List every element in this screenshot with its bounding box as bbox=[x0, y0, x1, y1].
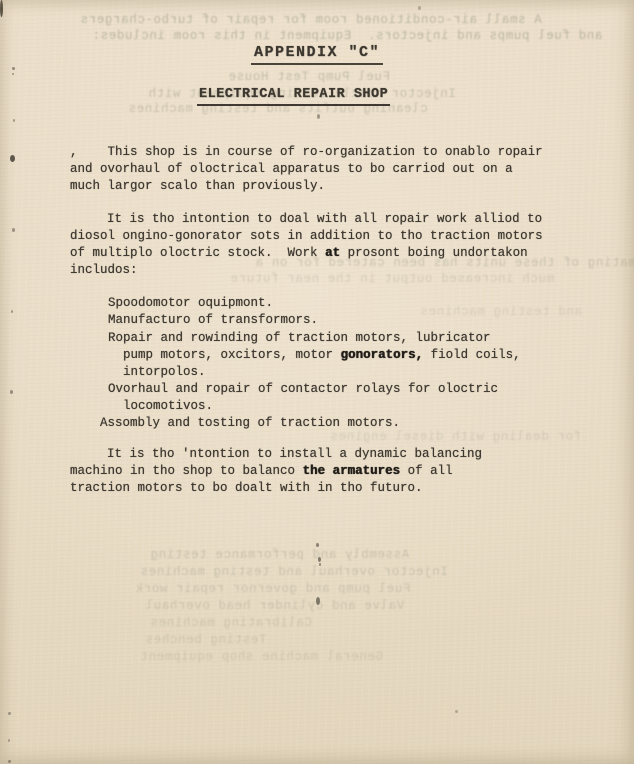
typed-line: intorpolos. bbox=[123, 365, 206, 379]
bleedthrough-line: A small air-conditioned room for repair … bbox=[80, 13, 542, 27]
typed-line: of multiplo oloctric stock. Work at pros… bbox=[70, 246, 528, 260]
typed-line: diosol ongino-gonorator sots in addition… bbox=[70, 229, 543, 243]
ink-speck bbox=[13, 119, 15, 122]
ink-speck bbox=[10, 390, 13, 394]
page-heading: ELECTRICAL REPAIR SHOP bbox=[197, 87, 390, 106]
appendix-title: APPENDIX "C" bbox=[251, 44, 383, 65]
document-page: A small air-conditioned room for repair … bbox=[0, 0, 634, 764]
ink-speck bbox=[12, 73, 14, 75]
ink-speck bbox=[12, 228, 15, 232]
bleedthrough-line: and fuel pumps and injectors. Equipment … bbox=[92, 29, 602, 43]
ink-speck bbox=[316, 597, 320, 605]
ink-speck bbox=[10, 155, 15, 162]
typed-line: Spoodomotor oquipmont. bbox=[108, 296, 273, 310]
ink-speck bbox=[8, 712, 11, 715]
bleedthrough-line: Injector overhaul and testing machines bbox=[140, 565, 448, 579]
ink-speck bbox=[0, 0, 3, 17]
bleedthrough-line: and testing machines bbox=[420, 305, 582, 319]
typed-line: It is tho 'ntontion to install a dynamic… bbox=[107, 447, 482, 461]
typed-line: machino in tho shop to balanco the armat… bbox=[70, 464, 453, 478]
ink-speck bbox=[8, 739, 10, 742]
bleedthrough-line: Fuel Pump Test House bbox=[228, 70, 390, 84]
ink-speck bbox=[8, 760, 11, 763]
ink-speck bbox=[11, 310, 13, 313]
ink-speck bbox=[317, 114, 320, 119]
bleedthrough-line: Valve and cylinder head overhaul bbox=[145, 599, 404, 613]
bleedthrough-line: for dealing with diesel engines bbox=[330, 430, 581, 444]
ink-speck bbox=[316, 543, 319, 547]
typed-line: Manufacturo of transformors. bbox=[108, 313, 318, 327]
ink-speck bbox=[455, 710, 458, 713]
typed-line: pump motors, oxcitors, motor gonorators,… bbox=[123, 348, 521, 362]
ink-speck bbox=[319, 563, 321, 566]
typed-line: much largor scalo than proviously. bbox=[70, 179, 325, 193]
bleedthrough-line: Calibrating machines bbox=[150, 616, 312, 630]
typed-line: Assombly and tosting of traction motors. bbox=[100, 416, 400, 430]
bleedthrough-line: Fuel pump and governor repair work bbox=[135, 582, 410, 596]
typed-line: , This shop is in course of ro-organizat… bbox=[70, 145, 543, 159]
typed-line: Ovorhaul and ropair of contactor rolays … bbox=[108, 382, 498, 396]
bleedthrough-line: much increased output in the near future bbox=[230, 272, 554, 286]
bleedthrough-line: General machine shop equipment bbox=[140, 650, 383, 664]
typed-line: and ovorhaul of oloctrical apparatus to … bbox=[70, 162, 513, 176]
bleedthrough-line: Assembly and performance testing bbox=[150, 548, 409, 562]
ink-speck bbox=[418, 6, 421, 10]
typed-line: locomotivos. bbox=[123, 399, 213, 413]
typed-line: includos: bbox=[70, 263, 138, 277]
typed-line: It is tho intontion to doal with all rop… bbox=[107, 212, 542, 226]
typed-line: traction motors to bo doalt with in tho … bbox=[70, 481, 423, 495]
bleedthrough-line: Testing benches bbox=[145, 633, 267, 647]
typed-line: Ropair and rowinding of traction motors,… bbox=[108, 331, 491, 345]
ink-speck bbox=[318, 557, 321, 562]
ink-speck bbox=[12, 67, 15, 70]
